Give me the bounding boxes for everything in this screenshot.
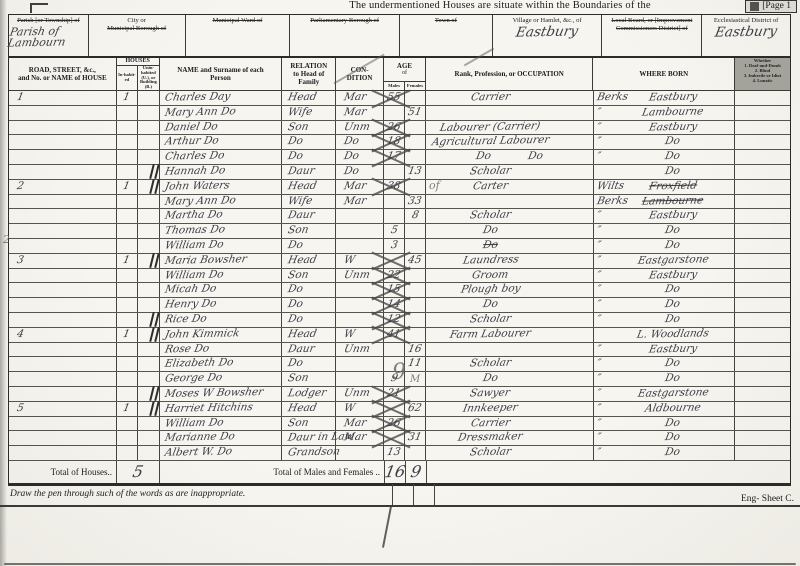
district-header: Parish [or Township] ofParish of Lambour…	[8, 14, 791, 57]
scan-left-edge	[0, 0, 7, 566]
cell-schedule	[9, 313, 117, 327]
cell-schedule	[9, 121, 117, 135]
cell-age-male: 9	[384, 372, 405, 386]
cell-age-male: 38	[384, 180, 405, 194]
table-row-3: Daniel Do Son Unm 26 Labourer (Carrier) …	[9, 121, 790, 136]
col-age-line1: AGE	[397, 62, 412, 70]
cell-inhabited	[117, 224, 138, 238]
cell-uninhabited	[138, 209, 160, 223]
table-row-11: William Do Do 3 Do ″Do	[9, 239, 790, 254]
cell-name: William Do	[160, 239, 283, 253]
cell-where-born: ″Eastbury	[594, 121, 736, 135]
cell-uninhabited	[138, 269, 160, 283]
cell-age-female: 8	[405, 209, 426, 223]
cell-condition	[336, 372, 384, 386]
cell-age-female	[405, 417, 426, 431]
cell-where-born: ″Do	[594, 446, 736, 460]
cell-occupation: Scholar	[426, 165, 594, 179]
cell-inhabited	[117, 387, 138, 401]
cell-age-male: 14	[384, 298, 405, 312]
cell-condition: W	[336, 402, 384, 416]
district-label: Parliamentary Borough of	[310, 17, 379, 25]
cell-schedule	[9, 387, 117, 401]
table-row-8: Mary Ann Do Wife Mar 33 BerksLambourne	[9, 195, 790, 210]
cell-uninhabited	[138, 402, 160, 416]
cell-name: Rose Do	[160, 343, 283, 357]
cell-relation: Daur in Law	[282, 431, 336, 445]
district-label: Municipal Borough of	[107, 25, 166, 33]
cell-occupation: Scholar	[426, 357, 594, 371]
cell-age-male: 15	[384, 283, 405, 297]
cell-age-female	[405, 239, 426, 253]
cell-infirmity	[735, 106, 790, 120]
cell-age-male: 21	[384, 387, 405, 401]
cell-relation: Do	[282, 313, 336, 327]
col-occ-label: Rank, Profession, or OCCUPATION	[455, 70, 564, 78]
footer-sheet-label: Eng- Sheet C.	[741, 494, 794, 504]
totals-mf-label: Total of Males and Females ..	[160, 461, 385, 483]
cell-infirmity	[735, 195, 790, 209]
cell-schedule	[9, 165, 117, 179]
cell-age-female: 16	[405, 343, 426, 357]
cell-age-male: 13	[384, 446, 405, 460]
cell-age-male	[384, 165, 405, 179]
cell-name: William Do	[160, 417, 283, 431]
col-cond-line2: DITION	[347, 74, 373, 82]
cell-age-female	[405, 224, 426, 238]
cell-relation: Do	[282, 150, 336, 164]
cell-infirmity	[735, 283, 790, 297]
cell-schedule: 5	[9, 402, 117, 416]
cell-name: Harriet Hitchins	[160, 402, 283, 416]
cell-schedule	[9, 343, 117, 357]
col-header-houses: HOUSES In-habit-ed Unin-habited (U.), or…	[117, 58, 160, 90]
cell-schedule	[9, 106, 117, 120]
cell-occupation: Dressmaker	[426, 431, 594, 445]
cell-inhabited	[117, 343, 138, 357]
cell-occupation: Labourer (Carrier)	[426, 121, 594, 135]
table-row-4: Arthur Do Do Do 18 Agricultural Labourer…	[9, 135, 790, 150]
table-row-12: 3 1 Maria Bowsher Head W 45 Laundress ″E…	[9, 254, 790, 269]
cell-uninhabited	[138, 313, 160, 327]
cell-occupation: Scholar	[426, 313, 594, 327]
cell-condition	[336, 283, 384, 297]
age-col-line-extension	[434, 484, 435, 505]
district-label: City or	[127, 17, 146, 25]
table-row-7: 2 1 John Waters Head Mar 38 Carter Wilts…	[9, 180, 790, 195]
cell-infirmity	[735, 328, 790, 342]
cell-name: Thomas Do	[160, 224, 283, 238]
cell-condition: Unm	[336, 269, 384, 283]
cell-relation: Daur	[282, 343, 336, 357]
cell-age-male: 12	[384, 313, 405, 327]
cell-age-male	[384, 254, 405, 268]
cell-inhabited	[117, 239, 138, 253]
cell-age-male	[384, 106, 405, 120]
cell-inhabited: 1	[117, 91, 138, 105]
table-row-17: 4 1 John Kimmick Head W 41 Farm Labourer…	[9, 328, 790, 343]
cell-name: Elizabeth Do	[160, 357, 283, 371]
cell-age-female	[405, 372, 426, 386]
table-row-21: Moses W Bowsher Lodger Unm 21 Sawyer ″Ea…	[9, 387, 790, 402]
cell-age-female: 51	[405, 106, 426, 120]
cell-schedule	[9, 209, 117, 223]
cell-inhabited	[117, 195, 138, 209]
cell-age-male: 26	[384, 121, 405, 135]
cell-inhabited	[117, 269, 138, 283]
cell-relation: Head	[282, 402, 336, 416]
cell-uninhabited	[138, 372, 160, 386]
ink-blot	[750, 2, 759, 11]
cell-condition	[336, 239, 384, 253]
totals-males: 16	[385, 461, 406, 483]
cell-infirmity	[735, 446, 790, 460]
cell-infirmity	[735, 372, 790, 386]
cell-schedule	[9, 135, 117, 149]
col-rel-line3: Family	[298, 78, 319, 86]
cell-where-born: ″Lambourne	[594, 106, 736, 120]
totals-houses-label: Total of Houses..	[9, 461, 117, 483]
cell-age-female: 13	[405, 165, 426, 179]
district-label: Local Board, or [Improvement	[611, 17, 692, 25]
district-value: Parish of Lambourn	[7, 26, 69, 49]
cell-condition	[336, 224, 384, 238]
district-cell-7: Ecclesiastical District ofEastbury	[702, 15, 790, 56]
cell-infirmity	[735, 150, 790, 164]
cell-infirmity	[735, 343, 790, 357]
cell-age-male	[384, 357, 405, 371]
cell-where-born: BerksLambourne	[594, 195, 736, 209]
cell-name: Daniel Do	[160, 121, 283, 135]
cell-relation: Do	[282, 357, 336, 371]
cell-occupation: Agricultural Labourer	[426, 135, 594, 149]
cell-uninhabited	[138, 106, 160, 120]
cell-uninhabited	[138, 431, 160, 445]
cell-occupation: Groom	[426, 269, 594, 283]
table-row-10: Thomas Do Son 5 Do ″Do	[9, 224, 790, 239]
cell-uninhabited	[138, 283, 160, 297]
cell-inhabited	[117, 446, 138, 460]
stray-pen-stroke	[382, 506, 392, 548]
cell-age-female	[405, 283, 426, 297]
cell-occupation	[426, 343, 594, 357]
cell-condition: W	[336, 328, 384, 342]
table-row-22: 5 1 Harriet Hitchins Head W 62 Innkeeper…	[9, 402, 790, 417]
col-name-line2: Person	[210, 74, 231, 82]
cell-infirmity	[735, 298, 790, 312]
col-born-label: WHERE BORN	[639, 70, 688, 78]
cell-relation: Daur	[282, 209, 336, 223]
cell-uninhabited	[138, 91, 160, 105]
cell-schedule: 4	[9, 328, 117, 342]
cell-age-male: 26	[384, 417, 405, 431]
cell-where-born: ″Eastbury	[594, 343, 736, 357]
cell-name: Moses W Bowsher	[160, 387, 283, 401]
age-col-line-extension	[413, 484, 414, 505]
cell-occupation: Do	[426, 239, 594, 253]
cell-occupation: Do	[426, 224, 594, 238]
district-value: Eastbury	[515, 26, 580, 41]
cell-where-born: ″Do	[594, 417, 736, 431]
cell-infirmity	[735, 180, 790, 194]
cell-inhabited: 1	[117, 254, 138, 268]
district-cell-6: Local Board, or [ImprovementCommissioner…	[602, 15, 702, 56]
cell-schedule	[9, 283, 117, 297]
cell-age-male: 5	[384, 224, 405, 238]
cell-uninhabited	[138, 328, 160, 342]
cell-name: Micah Do	[160, 283, 283, 297]
cell-name: Mary Ann Do	[160, 195, 283, 209]
cell-occupation: Scholar	[426, 209, 594, 223]
cell-name: John Waters	[160, 180, 283, 194]
cell-relation: Do	[282, 298, 336, 312]
cell-name: John Kimmick	[160, 328, 283, 342]
cell-occupation	[426, 195, 594, 209]
cell-where-born: ″Eastbury	[594, 209, 736, 223]
cell-relation: Head	[282, 254, 336, 268]
cell-condition: Do	[336, 165, 384, 179]
cell-occupation: Farm Labourer	[426, 328, 594, 342]
table-row-5: Charles Do Do Do 17 DoDo ″Do	[9, 150, 790, 165]
cell-age-male	[384, 195, 405, 209]
cell-age-male: 41	[384, 328, 405, 342]
table-row-24: Marianne Do Daur in Law Mar 31 Dressmake…	[9, 431, 790, 446]
cell-condition: Mar	[336, 106, 384, 120]
cell-where-born: ″Aldbourne	[594, 402, 736, 416]
cell-schedule	[9, 150, 117, 164]
district-label: Municipal Ward of	[212, 17, 262, 25]
cell-condition	[336, 209, 384, 223]
cell-name: George Do	[160, 372, 283, 386]
cell-uninhabited	[138, 254, 160, 268]
cell-inhabited: 1	[117, 328, 138, 342]
cell-age-male: 17	[384, 150, 405, 164]
cell-occupation: Plough boy	[426, 283, 594, 297]
cell-age-female: 62	[405, 402, 426, 416]
cell-where-born: ″Do	[594, 431, 736, 445]
cell-occupation: Do	[426, 372, 594, 386]
cell-occupation: Carrier	[426, 417, 594, 431]
cell-infirmity	[735, 313, 790, 327]
cell-inhabited	[117, 431, 138, 445]
col-inhabited: In-habit-ed	[117, 66, 138, 91]
cell-relation: Head	[282, 180, 336, 194]
cell-name: Hannah Do	[160, 165, 283, 179]
cell-infirmity	[735, 135, 790, 149]
page-number-box: [Page 1	[745, 0, 797, 13]
cell-condition: Do	[336, 150, 384, 164]
cell-age-female	[405, 298, 426, 312]
cell-inhabited	[117, 298, 138, 312]
cell-relation: Son	[282, 372, 336, 386]
cell-relation: Wife	[282, 106, 336, 120]
cell-schedule	[9, 239, 117, 253]
cell-occupation: Scholar	[426, 446, 594, 460]
cell-name: Albert W. Do	[160, 446, 283, 460]
table-row-15: Henry Do Do 14 Do ″Do	[9, 298, 790, 313]
cell-age-male: 18	[384, 135, 405, 149]
table-body: 1 1 Charles Day Head Mar 55 Carrier Berk…	[9, 91, 790, 461]
col-header-condition: CON- DITION	[336, 58, 384, 90]
col-header-road: ROAD, STREET, &c., and No. or NAME of HO…	[9, 58, 117, 90]
cell-uninhabited	[138, 417, 160, 431]
cell-relation: Grandson	[282, 446, 336, 460]
table-row-13: William Do Son Unm 22 Groom ″Eastbury	[9, 269, 790, 284]
cell-age-male	[384, 343, 405, 357]
cell-condition	[336, 298, 384, 312]
cell-condition: Unm	[336, 121, 384, 135]
col-header-occupation: Rank, Profession, or OCCUPATION	[426, 58, 594, 90]
cell-uninhabited	[138, 150, 160, 164]
cell-uninhabited	[138, 298, 160, 312]
col-header-infirmity: Whether 1. Deaf-and-Dumb 2. Blind 3. Imb…	[735, 58, 790, 90]
cell-inhabited	[117, 106, 138, 120]
cell-infirmity	[735, 254, 790, 268]
cell-name: Mary Ann Do	[160, 106, 283, 120]
cell-infirmity	[735, 402, 790, 416]
cell-name: Charles Day	[160, 91, 283, 105]
cell-age-female: 33	[405, 195, 426, 209]
cell-inhabited	[117, 150, 138, 164]
cell-uninhabited	[138, 165, 160, 179]
cell-relation: Son	[282, 269, 336, 283]
cell-occupation: Carter	[426, 180, 594, 194]
cell-uninhabited	[138, 343, 160, 357]
cell-schedule: 1	[9, 91, 117, 105]
table-row-18: Rose Do Daur Unm 16 ″Eastbury	[9, 343, 790, 358]
table-header: ROAD, STREET, &c., and No. or NAME of HO…	[9, 58, 790, 91]
col-header-born: WHERE BORN	[593, 58, 735, 90]
cell-schedule	[9, 195, 117, 209]
cell-schedule	[9, 372, 117, 386]
cell-age-male	[384, 431, 405, 445]
district-value: Eastbury	[714, 26, 779, 41]
cell-age-female	[405, 150, 426, 164]
cell-where-born: ″Eastgarstone	[594, 387, 736, 401]
cell-schedule	[9, 431, 117, 445]
cell-infirmity	[735, 387, 790, 401]
cell-uninhabited	[138, 195, 160, 209]
cell-occupation: DoDo	[426, 150, 594, 164]
cell-uninhabited	[138, 239, 160, 253]
cell-infirmity	[735, 417, 790, 431]
table-row-23: William Do Son Mar 26 Carrier ″Do	[9, 417, 790, 432]
cell-where-born: ″Do	[594, 239, 736, 253]
cell-inhabited	[117, 357, 138, 371]
cell-where-born: ″Do	[594, 298, 736, 312]
cell-condition	[336, 313, 384, 327]
footer-instruction: Draw the pen through such of the words a…	[10, 489, 245, 499]
cell-where-born: Do	[594, 165, 736, 179]
cell-where-born: ″Eastgarstone	[594, 254, 736, 268]
cell-where-born: ″Do	[594, 135, 736, 149]
cell-relation: Do	[282, 135, 336, 149]
col-name-line1: NAME and Surname of each	[177, 66, 263, 74]
totals-empty	[427, 461, 790, 483]
cell-age-female	[405, 180, 426, 194]
col-rel-line1: RELATION	[290, 62, 327, 70]
table-row-14: Micah Do Do 15 Plough boy ″Do	[9, 283, 790, 298]
cell-schedule	[9, 298, 117, 312]
totals-females: 9	[406, 461, 427, 483]
district-cell-1: City orMunicipal Borough of	[89, 15, 186, 56]
cell-schedule	[9, 269, 117, 283]
district-cell-3: Parliamentary Borough of	[290, 15, 400, 56]
cell-relation: Do	[282, 283, 336, 297]
cell-condition: Mar	[336, 91, 384, 105]
cell-condition	[336, 446, 384, 460]
cell-relation: Head	[282, 91, 336, 105]
col-header-age: AGE of Males Females	[384, 58, 426, 90]
cell-uninhabited	[138, 446, 160, 460]
cell-uninhabited	[138, 387, 160, 401]
table-row-9: Martha Do Daur 8 Scholar ″Eastbury	[9, 209, 790, 224]
cell-where-born: L. Woodlands	[594, 328, 736, 342]
district-label: Town of	[435, 17, 457, 25]
cell-age-male	[384, 209, 405, 223]
table-row-1: 1 1 Charles Day Head Mar 55 Carrier Berk…	[9, 91, 790, 106]
cell-condition: Mar	[336, 195, 384, 209]
cell-relation: Son	[282, 417, 336, 431]
cell-infirmity	[735, 239, 790, 253]
cell-inhabited	[117, 283, 138, 297]
cell-occupation: Sawyer	[426, 387, 594, 401]
totals-row: Total of Houses.. 5 Total of Males and F…	[9, 461, 790, 485]
cell-where-born: ″Do	[594, 224, 736, 238]
cell-where-born: WiltsFroxfield	[594, 180, 736, 194]
col-age-line2: of	[402, 70, 407, 77]
cell-condition	[336, 357, 384, 371]
cell-age-female	[405, 328, 426, 342]
district-cell-5: Village or Hamlet, &c., ofEastbury	[493, 15, 603, 56]
cell-age-female: 11	[405, 357, 426, 371]
scan-bottom-edge	[4, 563, 796, 566]
cell-occupation: Do	[426, 298, 594, 312]
cell-age-male	[384, 402, 405, 416]
cell-relation: Daur	[282, 165, 336, 179]
cell-where-born: ″Do	[594, 283, 736, 297]
col-road-line2: and No. or NAME of HOUSE	[18, 74, 107, 82]
cell-infirmity	[735, 209, 790, 223]
cell-inhabited: 1	[117, 180, 138, 194]
enumeration-table: ROAD, STREET, &c., and No. or NAME of HO…	[8, 57, 791, 486]
cell-inhabited	[117, 417, 138, 431]
cell-name: Henry Do	[160, 298, 283, 312]
cell-where-born: ″Do	[594, 313, 736, 327]
cell-age-female	[405, 446, 426, 460]
district-cell-0: Parish [or Township] ofParish of Lambour…	[9, 15, 89, 56]
cell-schedule: 3	[9, 254, 117, 268]
cell-age-female	[405, 91, 426, 105]
cell-age-female	[405, 313, 426, 327]
census-scan-page: The undermentioned Houses are situate wi…	[0, 0, 800, 566]
cell-infirmity	[735, 269, 790, 283]
col-rel-line2: to Head of	[293, 70, 324, 78]
cell-inhabited	[117, 135, 138, 149]
table-row-19: Elizabeth Do Do 11 Scholar ″Do	[9, 357, 790, 372]
cell-relation: Do	[282, 239, 336, 253]
cell-age-female: 31	[405, 431, 426, 445]
cell-condition: Unm	[336, 387, 384, 401]
cell-age-female	[405, 387, 426, 401]
cell-occupation: Laundress	[426, 254, 594, 268]
cell-name: Charles Do	[160, 150, 283, 164]
cell-schedule	[9, 224, 117, 238]
cell-schedule	[9, 357, 117, 371]
cell-name: Martha Do	[160, 209, 283, 223]
col-header-name: NAME and Surname of each Person	[160, 58, 283, 90]
cell-age-female	[405, 135, 426, 149]
